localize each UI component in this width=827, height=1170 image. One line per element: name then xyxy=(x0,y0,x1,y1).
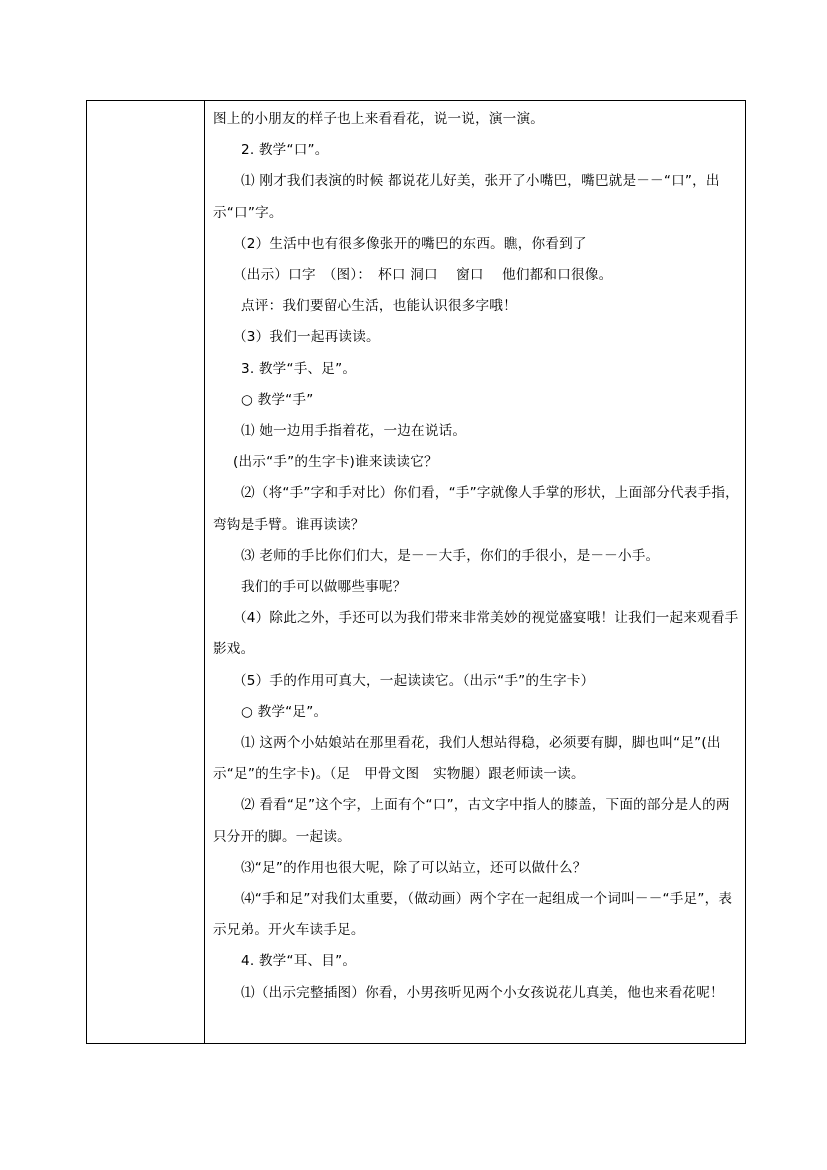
paragraph-er-mu-1: ⑴（出示完整插图）你看，小男孩听见两个小女孩说花儿真美，他也来看花呢！ xyxy=(213,978,739,1009)
paragraph-heading-er-mu: 4. 教学“耳、目”。 xyxy=(213,946,739,977)
paragraph-shou-4: （4）除此之外，手还可以为我们带来非常美妙的视觉盛宴哦！让我们一起来观看手影戏。 xyxy=(213,603,739,665)
paragraph-shou-5: （5）手的作用可真大，一起读读它。（出示“手”的生字卡） xyxy=(213,666,739,697)
paragraph-comment: 点评：我们要留心生活，也能认识很多字哦！ xyxy=(213,291,739,322)
document-page: 图上的小朋友的样子也上来看看花，说一说，演一演。 2. 教学“口”。 ⑴ 刚才我… xyxy=(0,0,827,1170)
paragraph-subheading-shou: ○ 教学“手” xyxy=(213,385,739,416)
paragraph-zu-2: ⑵ 看看“足”这个字，上面有个“口”，古文字中指人的膝盖，下面的部分是人的两只分… xyxy=(213,790,739,852)
paragraph-zu-1: ⑴ 这两个小姑娘站在那里看花，我们人想站得稳，必须要有脚，脚也叫“足”(出示“足… xyxy=(213,728,739,790)
paragraph-shou-2: ⑵（将“手”字和手对比）你们看，“手”字就像人手掌的形状，上面部分代表手指，弯钩… xyxy=(213,478,739,540)
paragraph-kou-2: （2）生活中也有很多像张开的嘴巴的东西。瞧，你看到了 xyxy=(213,229,739,260)
paragraph-kou-show: （出示）口字 （图）： 杯口 洞口 窗口 他们都和口很像。 xyxy=(213,260,739,291)
paragraph-shou-1: ⑴ 她一边用手指着花，一边在说话。 xyxy=(213,416,739,447)
paragraph-intro: 图上的小朋友的样子也上来看看花，说一说，演一演。 xyxy=(213,104,739,135)
table-left-cell xyxy=(87,101,205,1043)
paragraph-zu-3: ⑶“足”的作用也很大呢，除了可以站立，还可以做什么？ xyxy=(213,853,739,884)
paragraph-kou-3: （3）我们一起再读读。 xyxy=(213,322,739,353)
paragraph-kou-1: ⑴ 刚才我们表演的时候 都说花儿好美，张开了小嘴巴，嘴巴就是－－“口”，出示“口… xyxy=(213,166,739,228)
paragraph-shou-card: (出示“手”的生字卡)谁来读读它？ xyxy=(213,447,739,478)
lesson-plan-table: 图上的小朋友的样子也上来看看花，说一说，演一演。 2. 教学“口”。 ⑴ 刚才我… xyxy=(86,100,746,1044)
paragraph-heading-shou-zu: 3. 教学“手、足”。 xyxy=(213,354,739,385)
paragraph-subheading-zu: ○ 教学“足”。 xyxy=(213,697,739,728)
table-content-cell: 图上的小朋友的样子也上来看看花，说一说，演一演。 2. 教学“口”。 ⑴ 刚才我… xyxy=(205,101,745,1043)
paragraph-shou-question: 我们的手可以做哪些事呢？ xyxy=(213,572,739,603)
paragraph-heading-kou: 2. 教学“口”。 xyxy=(213,135,739,166)
paragraph-shou-3: ⑶ 老师的手比你们们大，是－－大手，你们的手很小，是－－小手。 xyxy=(213,541,739,572)
paragraph-zu-4: ⑷“手和足”对我们太重要，（做动画）两个字在一起组成一个词叫－－“手足”，表示兄… xyxy=(213,884,739,946)
